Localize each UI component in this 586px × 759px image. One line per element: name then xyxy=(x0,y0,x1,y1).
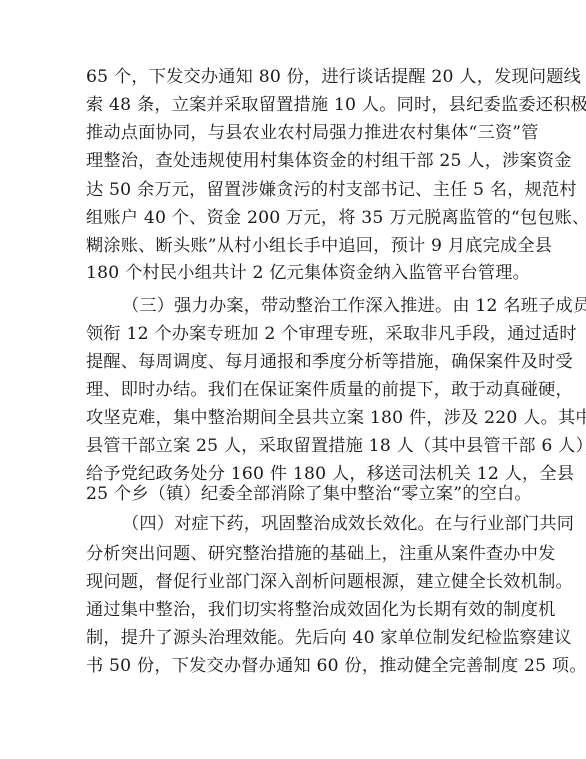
text-line: 现问题，督促行业部门深入剖析问题根源，建立健全长效机制。 xyxy=(86,568,506,596)
text-line: 制，提升了源头治理效能。先后向 40 家单位制发纪检监察建议 xyxy=(86,624,506,652)
text-line: 65 个，下发交办通知 80 份，进行谈话提醒 20 人，发现问题线 xyxy=(86,63,506,91)
section-heading-line: （三）强力办案，带动整治工作深入推进。由 12 名班子成员 xyxy=(122,292,506,320)
text-line: 领衔 12 个办案专班加 2 个审理专班，采取非凡手段，通过适时 xyxy=(86,320,506,348)
text-line: 25 个乡（镇）纪委全部消除了集中整治“零立案”的空白。 xyxy=(86,480,506,508)
section-heading-line: （四）对症下药，巩固整治成效长效化。在与行业部门共同 xyxy=(122,510,506,538)
text-line: 180 个村民小组共计 2 亿元集体资金纳入监管平台管理。 xyxy=(86,259,506,287)
text-line: 县管干部立案 25 人，采取留置措施 18 人（其中县管干部 6 人）， xyxy=(86,432,506,460)
text-line: 索 48 条，立案并采取留置措施 10 人。同时，县纪委监委还积极 xyxy=(86,91,506,119)
text-line: 通过集中整治，我们切实将整治成效固化为长期有效的制度机 xyxy=(86,596,506,624)
text-line: 理整治，查处违规使用村集体资金的村组干部 25 人，涉案资金 xyxy=(86,147,506,175)
text-line: 组账户 40 个、资金 200 万元，将 35 万元脱离监管的“包包账、 xyxy=(86,204,506,232)
text-line: 理、即时办结。我们在保证案件质量的前提下，敢于动真碰硬， xyxy=(86,376,506,404)
text-line: 分析突出问题、研究整治措施的基础上，注重从案件查办中发 xyxy=(86,540,506,568)
text-line: 书 50 份，下发交办督办通知 60 份，推动健全完善制度 25 项。 xyxy=(86,652,506,680)
text-line: 提醒、每周调度、每月通报和季度分析等措施，确保案件及时受 xyxy=(86,348,506,376)
text-line: 推动点面协同，与县农业农村局强力推进农村集体“三资”管 xyxy=(86,119,506,147)
text-line: 达 50 余万元，留置涉嫌贪污的村支部书记、主任 5 名，规范村 xyxy=(86,176,506,204)
text-line: 糊涂账、断头账”从村小组长手中追回，预计 9 月底完成全县 xyxy=(86,232,506,260)
text-line: 攻坚克难，集中整治期间全县共立案 180 件，涉及 220 人。其中， xyxy=(86,404,506,432)
document-page: 65 个，下发交办通知 80 份，进行谈话提醒 20 人，发现问题线 索 48 … xyxy=(0,0,586,759)
